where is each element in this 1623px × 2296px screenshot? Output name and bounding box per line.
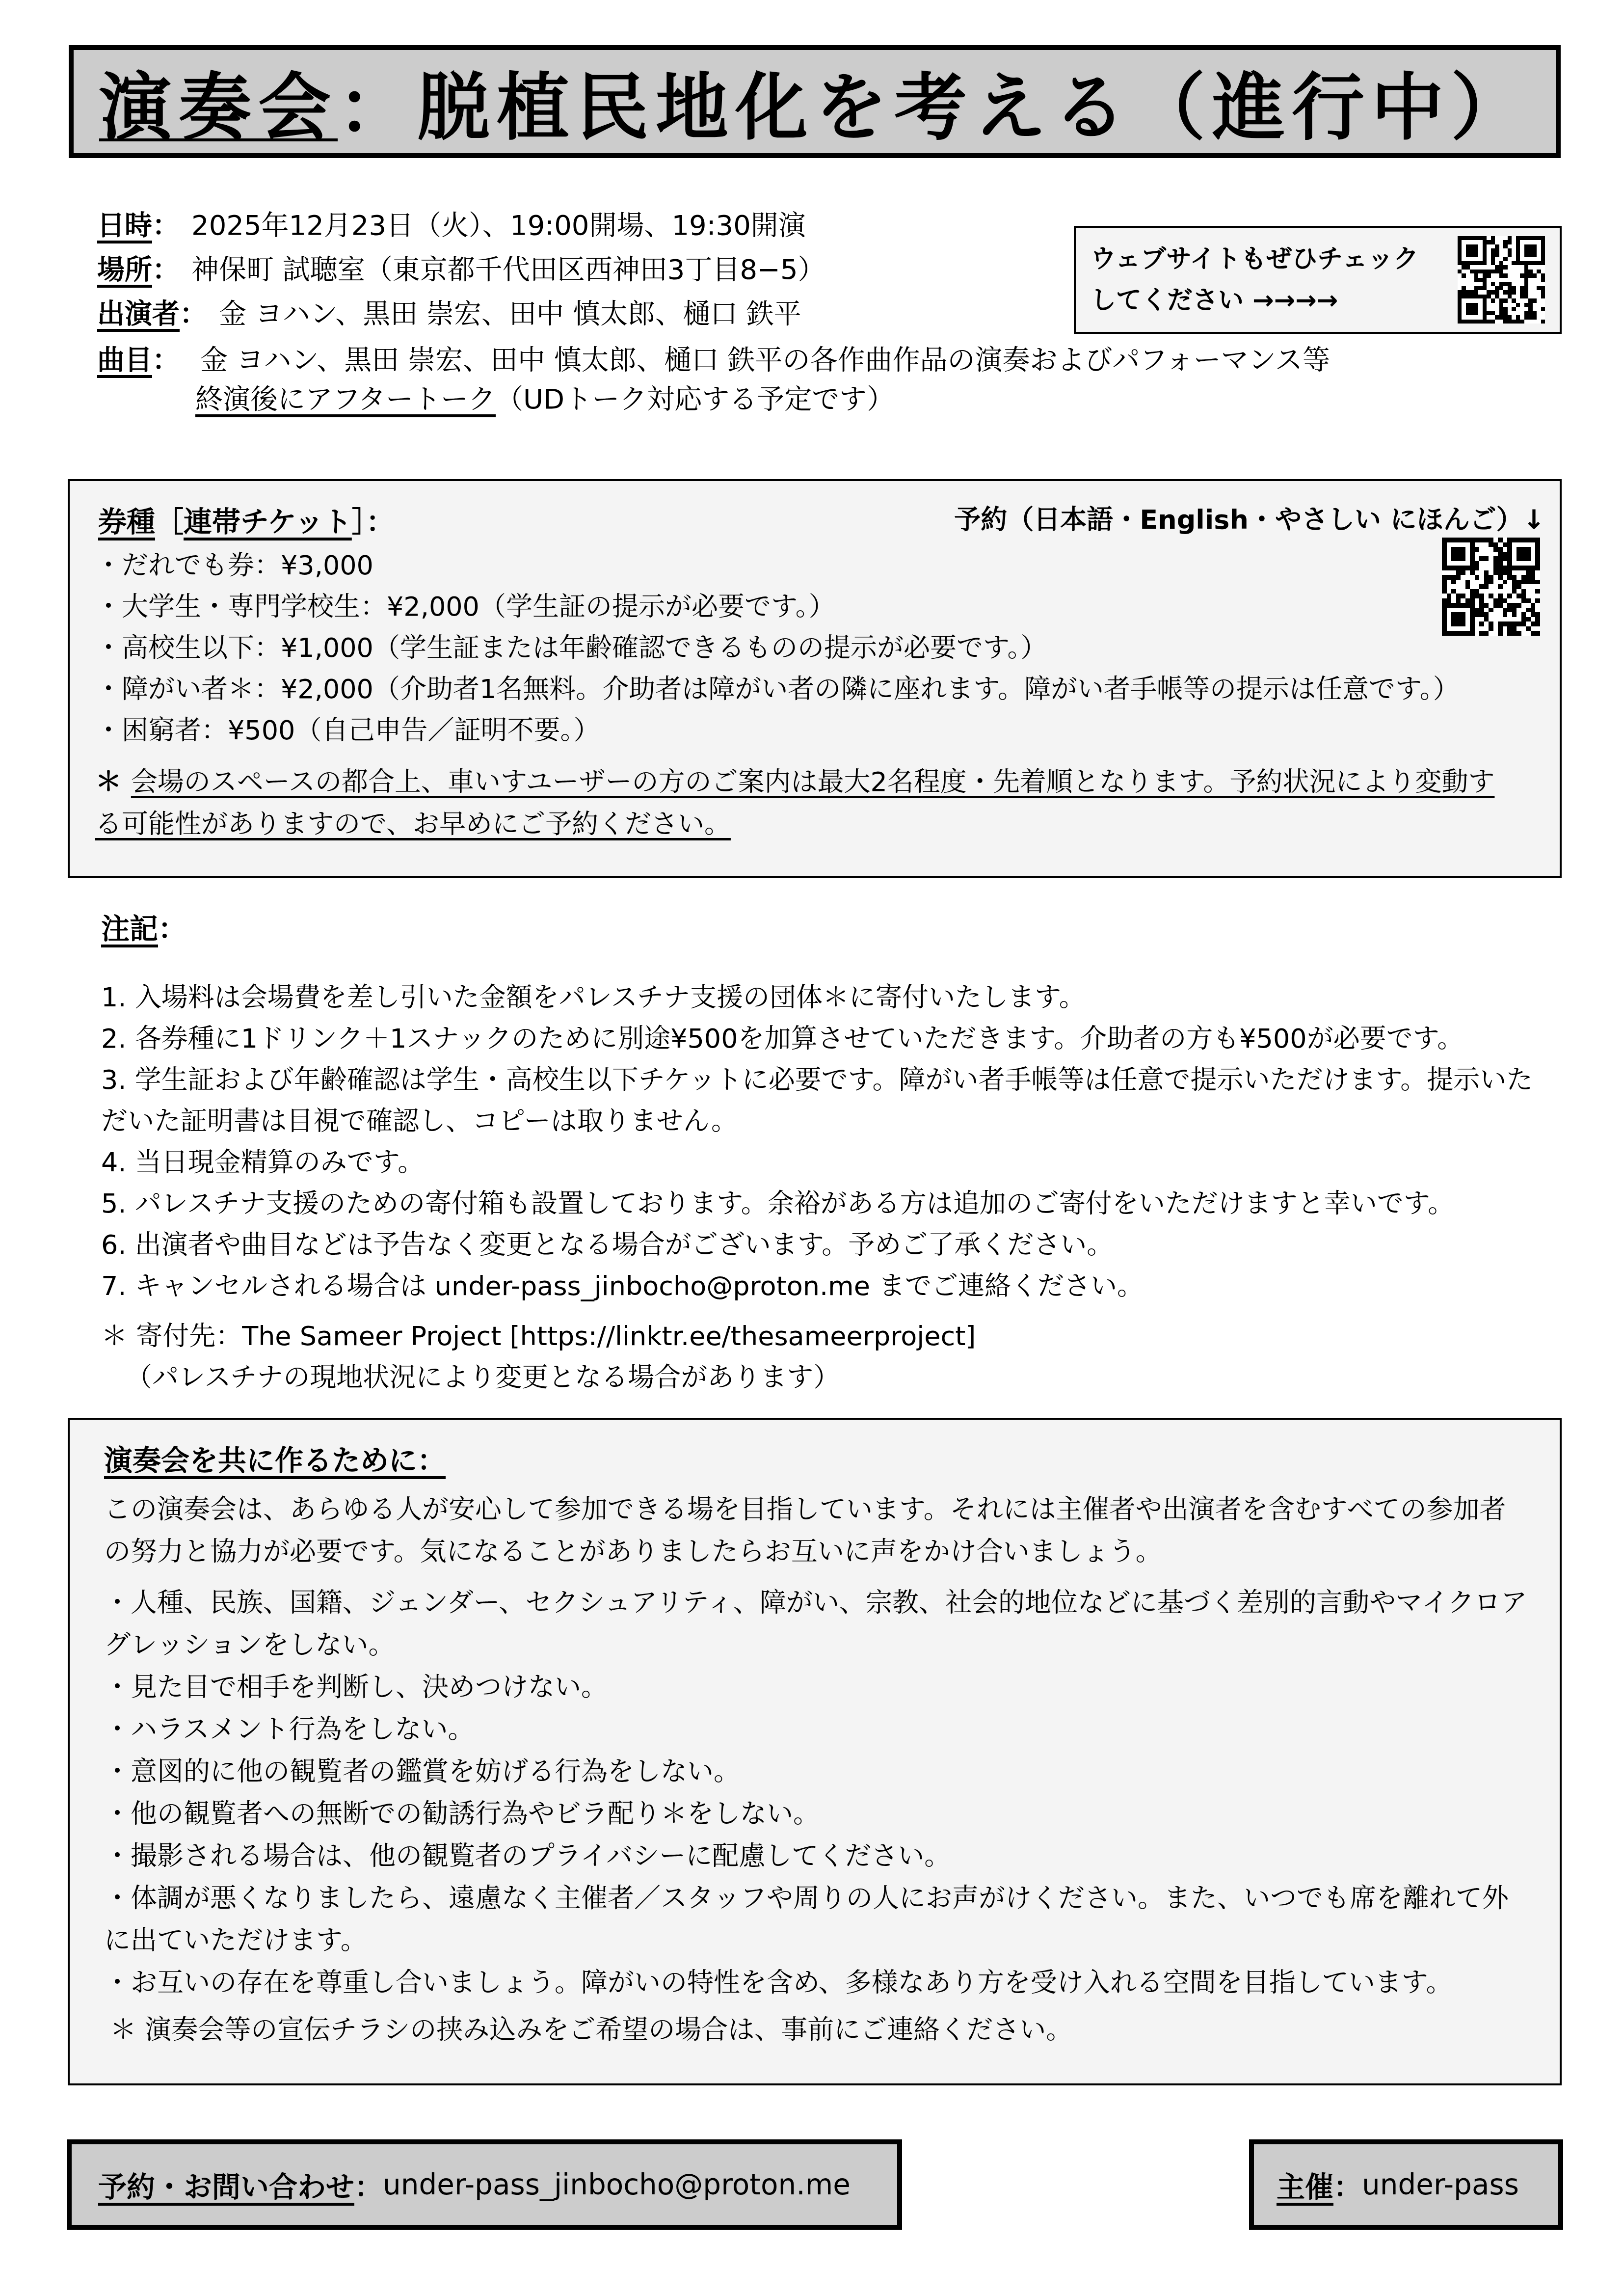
label-sep: ： — [180, 298, 207, 330]
ticket-item: ・大学生・専門学校生：¥2,000（学生証の提示が必要です。） — [95, 586, 1460, 627]
ticket-panel: 券種［連帯チケット］： 予約（日本語・English・やさしい にほんご）↓ ・… — [68, 479, 1562, 878]
wheelchair-note-text: 会場のスペースの都合上、車いすユーザーの方のご案内は最大2名程度・先着順となりま… — [95, 766, 1494, 839]
program-value: 金 ヨハン、黒田 崇宏、田中 慎太郎、樋口 鉄平の各作曲作品の演奏およびパフォー… — [200, 344, 1330, 376]
ticket-item: ・だれでも券：¥3,000 — [95, 545, 1460, 586]
title-prefix: 演奏会 — [99, 65, 338, 150]
label-sep: ： — [152, 210, 180, 242]
datetime-label: 日時 — [97, 210, 152, 242]
label-sep: ： — [158, 912, 186, 945]
title-banner: 演奏会：脱植民地化を考える（進行中） — [69, 45, 1561, 158]
donation-line1: ＊ 寄付先：The Sameer Project [https://linktr… — [101, 1316, 1554, 1357]
website-qr-code-icon[interactable] — [1458, 236, 1545, 324]
ticket-item: ・高校生以下：¥1,000（学生証または年齢確認できるものの提示が必要です。） — [95, 627, 1460, 669]
label-sep: ： — [1333, 2164, 1362, 2205]
note-item: 6. 出演者や曲目などは予告なく変更となる場合がございます。予めご了承ください。 — [101, 1224, 1554, 1266]
title-rest: ：脱植民地化を考える（進行中） — [338, 65, 1530, 150]
ticket-item: ・障がい者＊：¥2,000（介助者1名無料。介助者は障がい者の隣に座れます。障が… — [95, 669, 1460, 710]
note-item: 4. 当日現金精算のみです。 — [101, 1142, 1554, 1183]
venue-value: 神保町 試聴室（東京都千代田区西神田3丁目8−5） — [191, 250, 825, 290]
reserve-label: 予約（日本語・English・やさしい にほんご）↓ — [954, 499, 1545, 537]
host-box: 主催：under-pass — [1249, 2139, 1563, 2230]
note-item: 3. 学生証および年齢確認は学生・高校生以下チケットに必要です。障がい者手帳等は… — [101, 1059, 1554, 1142]
guideline-item: ・ハラスメント行為をしない。 — [104, 1708, 1527, 1751]
asterisk: ＊ — [95, 766, 131, 797]
website-line2: してください →→→→ — [1091, 280, 1458, 321]
notes-heading: 注記： — [101, 908, 1554, 949]
website-line1: ウェブサイトもぜひチェック — [1091, 239, 1458, 280]
host-name: under-pass — [1362, 2168, 1519, 2201]
bracket-open: ［ — [155, 505, 184, 539]
after-talk-note: （UDトーク対応する予定です） — [496, 383, 894, 415]
guideline-item: ・体調が悪くなりましたら、遠慮なく主催者／スタッフや周りの人にお声がけください。… — [104, 1877, 1527, 1962]
label-sep: ： — [152, 254, 180, 286]
guideline-item: ・意図的に他の観覧者の鑑賞を妨げる行為をしない。 — [104, 1751, 1527, 1793]
wheelchair-note: ＊ 会場のスペースの都合上、車いすユーザーの方のご案内は最大2名程度・先着順とな… — [95, 761, 1518, 845]
host-label: 主催 — [1277, 2164, 1333, 2205]
performers-value: 金 ヨハン、黒田 崇宏、田中 慎太郎、樋口 鉄平 — [219, 295, 801, 334]
flyer-footnote: ＊ 演奏会等の宣伝チラシの挟み込みをご希望の場合は、事前にご連絡ください。 — [110, 2009, 1072, 2047]
note-item: 2. 各券種に1ドリンク＋1スナックのために別途¥500を加算させていただきます… — [101, 1018, 1554, 1059]
donation-info: ＊ 寄付先：The Sameer Project [https://linktr… — [101, 1316, 1554, 1398]
ticket-type: 連帯チケット — [184, 505, 352, 539]
guideline-item: ・人種、民族、国籍、ジェンダー、セクシュアリティ、障がい、宗教、社会的地位などに… — [104, 1582, 1527, 1666]
datetime-value: 2025年12月23日（火）、19:00開場、19:30開演 — [191, 206, 806, 245]
cocreate-heading: 演奏会を共に作るために： — [104, 1437, 446, 1479]
label-sep: ： — [152, 344, 180, 376]
note-item: 5. パレスチナ支援のための寄付箱も設置しております。余裕がある方は追加のご寄付… — [101, 1183, 1554, 1224]
ticket-heading-label: 券種 — [98, 505, 155, 539]
program-label: 曲目 — [97, 344, 152, 376]
cocreate-intro: この演奏会は、あらゆる人が安心して参加できる場を目指しています。それには主催者や… — [104, 1488, 1527, 1573]
website-box: ウェブサイトもぜひチェック してください →→→→ — [1074, 226, 1562, 334]
ticket-item: ・困窮者：¥500（自己申告／証明不要。） — [95, 710, 1460, 751]
info-program: 曲目： 金 ヨハン、黒田 崇宏、田中 慎太郎、樋口 鉄平の各作曲作品の演奏および… — [97, 341, 1373, 419]
guideline-item: ・撮影される場合は、他の観覧者のプライバシーに配慮してください。 — [104, 1835, 1527, 1877]
bracket-close: ］： — [352, 505, 395, 539]
guideline-item: ・お互いの存在を尊重し合いましょう。障がいの特性を含め、多様なあり方を受け入れる… — [104, 1962, 1527, 2004]
contact-box: 予約・お問い合わせ：under-pass_jinbocho@proton.me — [67, 2139, 902, 2230]
note-item: 7. キャンセルされる場合は under-pass_jinbocho@proto… — [101, 1266, 1554, 1307]
guideline-item: ・他の観覧者への無断での勧誘行為やビラ配り＊をしない。 — [104, 1793, 1527, 1835]
after-talk: 終演後にアフタートーク — [195, 383, 496, 415]
cocreate-panel: 演奏会を共に作るために： この演奏会は、あらゆる人が安心して参加できる場を目指し… — [68, 1418, 1562, 2085]
note-item: 1. 入場料は会場費を差し引いた金額をパレスチナ支援の団体＊に寄付いたします。 — [101, 977, 1554, 1018]
page-title: 演奏会：脱植民地化を考える（進行中） — [99, 50, 1530, 154]
donation-line2: （パレスチナの現地状況により変更となる場合があります） — [101, 1357, 1554, 1398]
ticket-heading: 券種［連帯チケット］： — [98, 499, 395, 540]
performers-label: 出演者 — [97, 298, 180, 330]
venue-label: 場所 — [97, 254, 152, 286]
notes-section: 注記： 1. 入場料は会場費を差し引いた金額をパレスチナ支援の団体＊に寄付いたし… — [101, 908, 1554, 1398]
guideline-item: ・見た目で相手を判断し、決めつけない。 — [104, 1666, 1527, 1708]
notes-heading-text: 注記 — [101, 912, 158, 945]
guideline-list: ・人種、民族、国籍、ジェンダー、セクシュアリティ、障がい、宗教、社会的地位などに… — [104, 1582, 1527, 2004]
notes-list: 1. 入場料は会場費を差し引いた金額をパレスチナ支援の団体＊に寄付いたします。 … — [101, 977, 1554, 1307]
contact-email-link[interactable]: under-pass_jinbocho@proton.me — [383, 2168, 851, 2201]
ticket-list: ・だれでも券：¥3,000 ・大学生・専門学校生：¥2,000（学生証の提示が必… — [95, 545, 1460, 751]
label-sep: ： — [354, 2164, 383, 2205]
contact-label: 予約・お問い合わせ — [98, 2164, 354, 2205]
